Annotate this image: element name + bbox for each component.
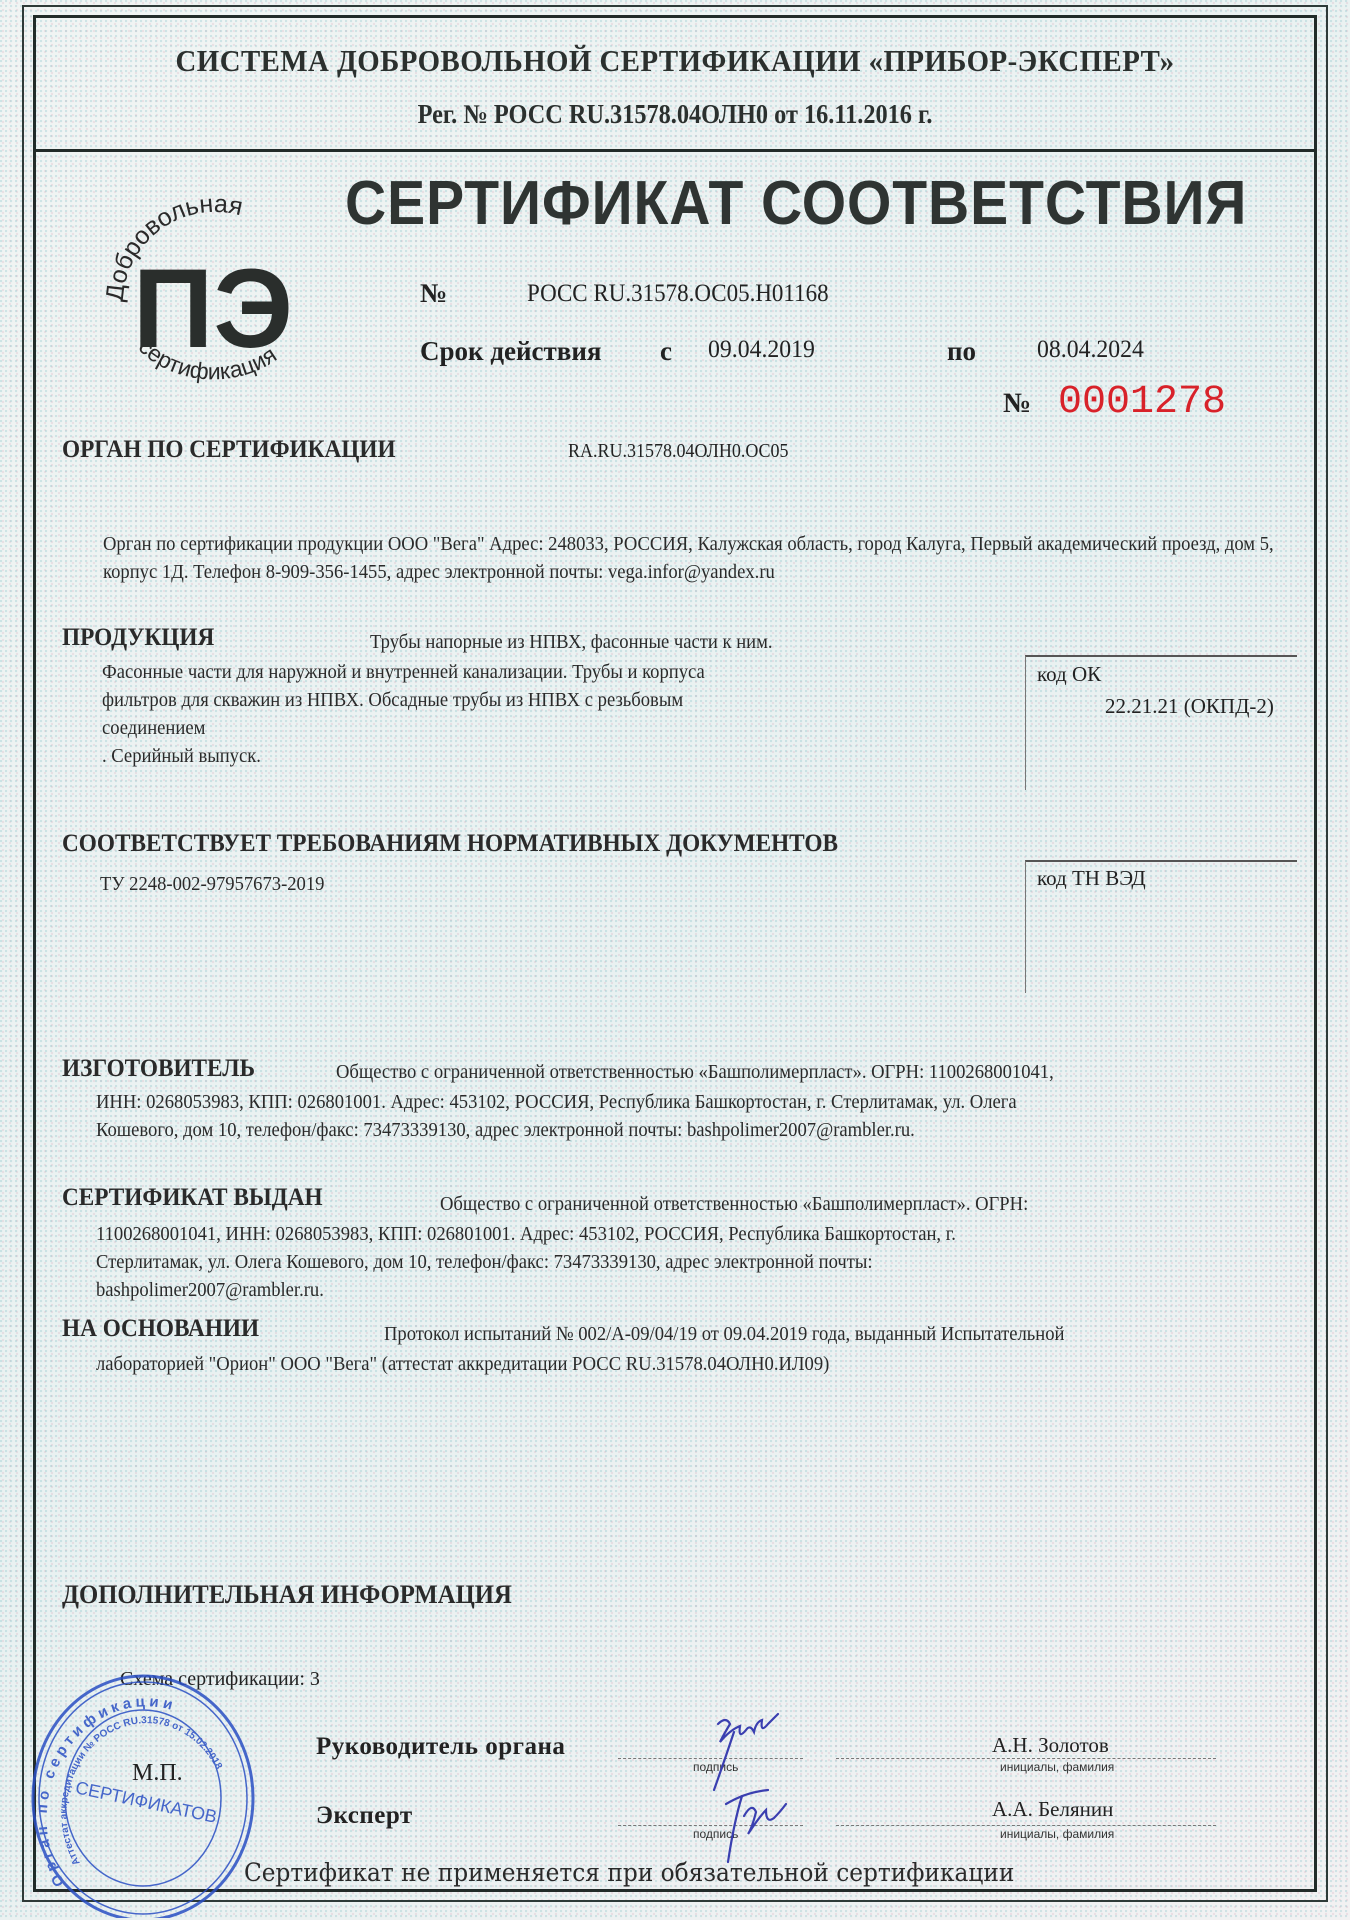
expert-role-label: Эксперт: [316, 1802, 413, 1830]
product-line-first: Трубы напорные из НПВХ, фасонные части к…: [370, 628, 773, 656]
valid-from-date: 09.04.2019: [708, 336, 815, 364]
ok-code-label: код ОК: [1037, 662, 1101, 687]
head-role-label: Руководитель органа: [316, 1733, 565, 1761]
normative-document: ТУ 2248-002-97957673-2019: [100, 870, 324, 898]
system-registration: Рег. № РОСС RU.31578.04ОЛН0 от 16.11.201…: [97, 99, 1253, 130]
manufacturer-details: ИНН: 0268053983, КПП: 026801001. Адрес: …: [96, 1088, 1342, 1144]
manufacturer-line: Кошевого, дом 10, телефон/факс: 73473339…: [96, 1116, 1342, 1144]
certification-body-label: ОРГАН ПО СЕРТИФИКАЦИИ: [62, 436, 396, 464]
tn-ved-label: код ТН ВЭД: [1037, 866, 1146, 891]
valid-to-date: 08.04.2024: [1037, 336, 1144, 364]
issued-to-label: СЕРТИФИКАТ ВЫДАН: [62, 1184, 323, 1212]
product-line: Фасонные части для наружной и внутренней…: [102, 658, 967, 686]
expert-name: А.А. Белянин: [992, 1797, 1113, 1822]
basis-line-first: Протокол испытаний № 002/А-09/04/19 от 0…: [384, 1320, 1064, 1348]
additional-info-label: ДОПОЛНИТЕЛЬНАЯ ИНФОРМАЦИЯ: [62, 1580, 512, 1610]
blank-number-sign: №: [1003, 388, 1031, 420]
issued-to-line-first: Общество с ограниченной ответственностью…: [440, 1190, 1028, 1218]
expert-name-caption: инициалы, фамилия: [1000, 1827, 1114, 1841]
product-line: . Серийный выпуск.: [102, 742, 967, 770]
certificate-number: РОСС RU.31578.ОС05.Н01168: [527, 280, 829, 308]
number-sign: №: [420, 278, 447, 309]
issued-to-line: Стерлитамак, ул. Олега Кошевого, дом 10,…: [96, 1248, 1342, 1276]
validity-from-label: с: [660, 336, 672, 367]
header-divider: [33, 149, 1317, 152]
seal-place-label: М.П.: [132, 1760, 183, 1787]
issued-to-details: 1100268001041, ИНН: 0268053983, КПП: 026…: [96, 1220, 1342, 1304]
product-line: соединением: [102, 714, 967, 742]
head-name: А.Н. Золотов: [992, 1733, 1109, 1758]
product-description: Фасонные части для наружной и внутренней…: [102, 658, 967, 770]
manufacturer-line: ИНН: 0268053983, КПП: 026801001. Адрес: …: [96, 1088, 1342, 1116]
manufacturer-label: ИЗГОТОВИТЕЛЬ: [62, 1055, 255, 1083]
validity-label: Срок действия: [420, 336, 602, 367]
system-title: СИСТЕМА ДОБРОВОЛЬНОЙ СЕРТИФИКАЦИИ «ПРИБО…: [78, 43, 1272, 79]
basis-label: НА ОСНОВАНИИ: [62, 1315, 259, 1343]
svg-text:ПЭ: ПЭ: [133, 246, 293, 371]
issued-to-line: 1100268001041, ИНН: 0268053983, КПП: 026…: [96, 1220, 1342, 1248]
product-line: фильтров для скважин из НПВХ. Обсадные т…: [102, 686, 967, 714]
expert-name-line: [836, 1825, 1216, 1826]
footer-note: Сертификат не применяется при обязательн…: [244, 1858, 1014, 1887]
normative-label: СООТВЕТСТВУЕТ ТРЕБОВАНИЯМ НОРМАТИВНЫХ ДО…: [62, 830, 838, 858]
handwritten-signature-icon: [690, 1712, 830, 1872]
head-name-line: [836, 1758, 1216, 1759]
certification-body-description: Орган по сертификации продукции ООО "Вег…: [103, 530, 1331, 586]
certification-body-code: RA.RU.31578.04ОЛН0.ОС05: [568, 440, 789, 463]
issued-to-line: bashpolimer2007@rambler.ru.: [96, 1276, 1342, 1304]
pe-logo-icon: Добровольная сертификация ПЭ: [95, 190, 325, 410]
basis-line-second: лабораторией "Орион" ООО "Вега" (аттеста…: [96, 1350, 829, 1378]
blank-serial-number: 0001278: [1058, 380, 1226, 425]
validity-to-label: по: [947, 336, 976, 367]
head-name-caption: инициалы, фамилия: [1000, 1760, 1114, 1774]
product-label: ПРОДУКЦИЯ: [62, 624, 214, 652]
ok-code-value: 22.21.21 (ОКПД-2): [1105, 694, 1274, 719]
official-stamp-icon: Орган по сертификации Аттестат аккредита…: [25, 1668, 255, 1918]
certificate-title: СЕРТИФИКАТ СООТВЕТСТВИЯ: [345, 168, 1247, 239]
manufacturer-line-first: Общество с ограниченной ответственностью…: [336, 1058, 1294, 1086]
